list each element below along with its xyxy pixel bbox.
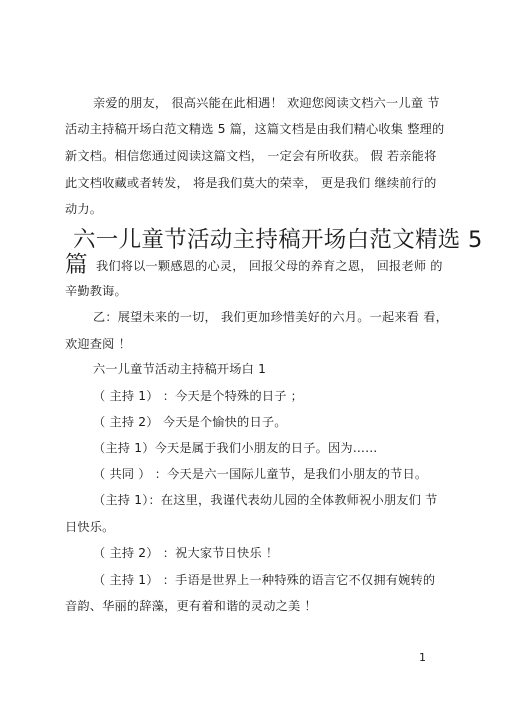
body-line: （主持 1）：在这里，我谨代表幼儿园的全体教师祝小朋友们 节 xyxy=(93,492,437,508)
intro-line-3: 新文档。相信您通过阅读这篇文档， 一定会有所收获。 假 若亲能将 xyxy=(65,148,436,164)
body-line: 乙：展望未来的一切， 我们更加珍惜美好的六月。一起来看 看， xyxy=(93,309,448,325)
intro-line-2: 活动主持稿开场白范文精选 5 篇，这篇文档是由我们精心收集 整理的 xyxy=(65,121,444,137)
document-title-wrap: 篇 xyxy=(65,252,88,278)
intro-line-1: 亲爱的朋友， 很高兴能在此相遇！ 欢迎您阅读文档六一儿童 节 xyxy=(93,95,440,111)
body-line: 音韵、华丽的辞藻，更有着和谐的灵动之美 ！ xyxy=(65,598,317,614)
page-number: 1 xyxy=(419,651,426,664)
body-line: 欢迎查阅 ！ xyxy=(65,336,131,352)
document-title: 六一儿童节活动主持稿开场白范文精选 5 xyxy=(73,226,483,254)
body-line: 辛勤教诲。 xyxy=(65,283,127,299)
intro-line-5: 动力。 xyxy=(65,201,102,217)
body-line: （ 主持 1） ：手语是世界上一种特殊的语言它不仅拥有婉转的 xyxy=(93,572,435,588)
intro-line-4: 此文档收藏或者转发， 将是我们莫大的荣幸， 更是我们 继续前行的 xyxy=(65,175,436,191)
body-line: （ 主持 2） ：祝大家节日快乐 ！ xyxy=(93,545,278,561)
body-line: （ 主持 1） ：今天是个特殊的日子 ； xyxy=(93,388,303,404)
body-line: （ 共同 ） ：今天是六一国际儿童节，是我们小朋友的节日。 xyxy=(93,466,427,482)
body-line: （主持 1）今天是属于我们小朋友的日子。因为…… xyxy=(93,440,378,456)
section-heading: 六一儿童节活动主持稿开场白 1 xyxy=(93,361,266,377)
body-line-after-title: 我们将以一颗感恩的心灵， 回报父母的养育之恩， 回报老师 的 xyxy=(96,258,443,274)
body-line: 日快乐。 xyxy=(65,519,115,535)
body-line: （ 主持 2） 今天是个愉快的日子。 xyxy=(93,414,287,430)
